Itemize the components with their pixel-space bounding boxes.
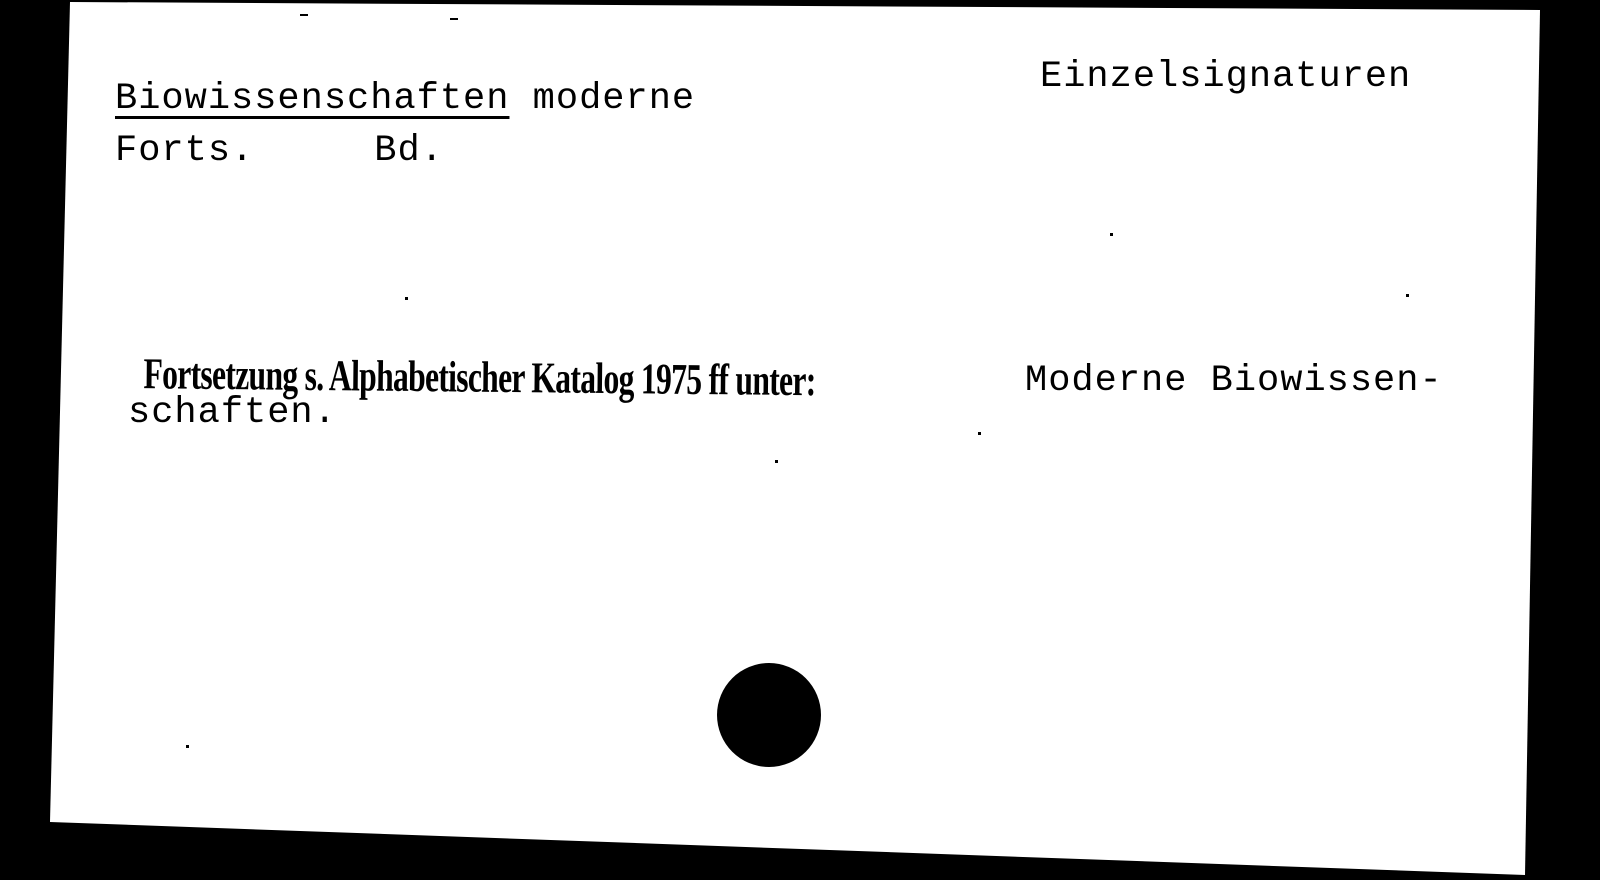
continuation-label: Forts. [115,130,254,172]
scan-speck [300,14,308,16]
volume-label: Bd. [374,130,444,172]
scan-speck [450,18,458,20]
punch-hole [717,663,821,767]
subject-heading: Biowissenschaften moderne [115,78,695,120]
scan-speck [405,297,408,300]
scanned-catalog-card: Biowissenschaften moderne Forts.Bd. Einz… [0,0,1600,880]
scan-speck [775,460,778,463]
scan-speck [1406,294,1409,297]
scan-speck [978,432,981,435]
scan-speck [186,745,189,748]
signature-type-label: Einzelsignaturen [1040,56,1411,98]
typed-reference-target: Moderne Biowissen- [1025,360,1443,402]
subject-heading-main: Biowissenschaften [115,78,509,120]
continuation-line: Forts.Bd. [115,130,444,172]
typed-reference-continuation: schaften. [128,392,337,434]
scan-speck [1110,233,1113,236]
subject-heading-qualifier: moderne [509,78,695,120]
